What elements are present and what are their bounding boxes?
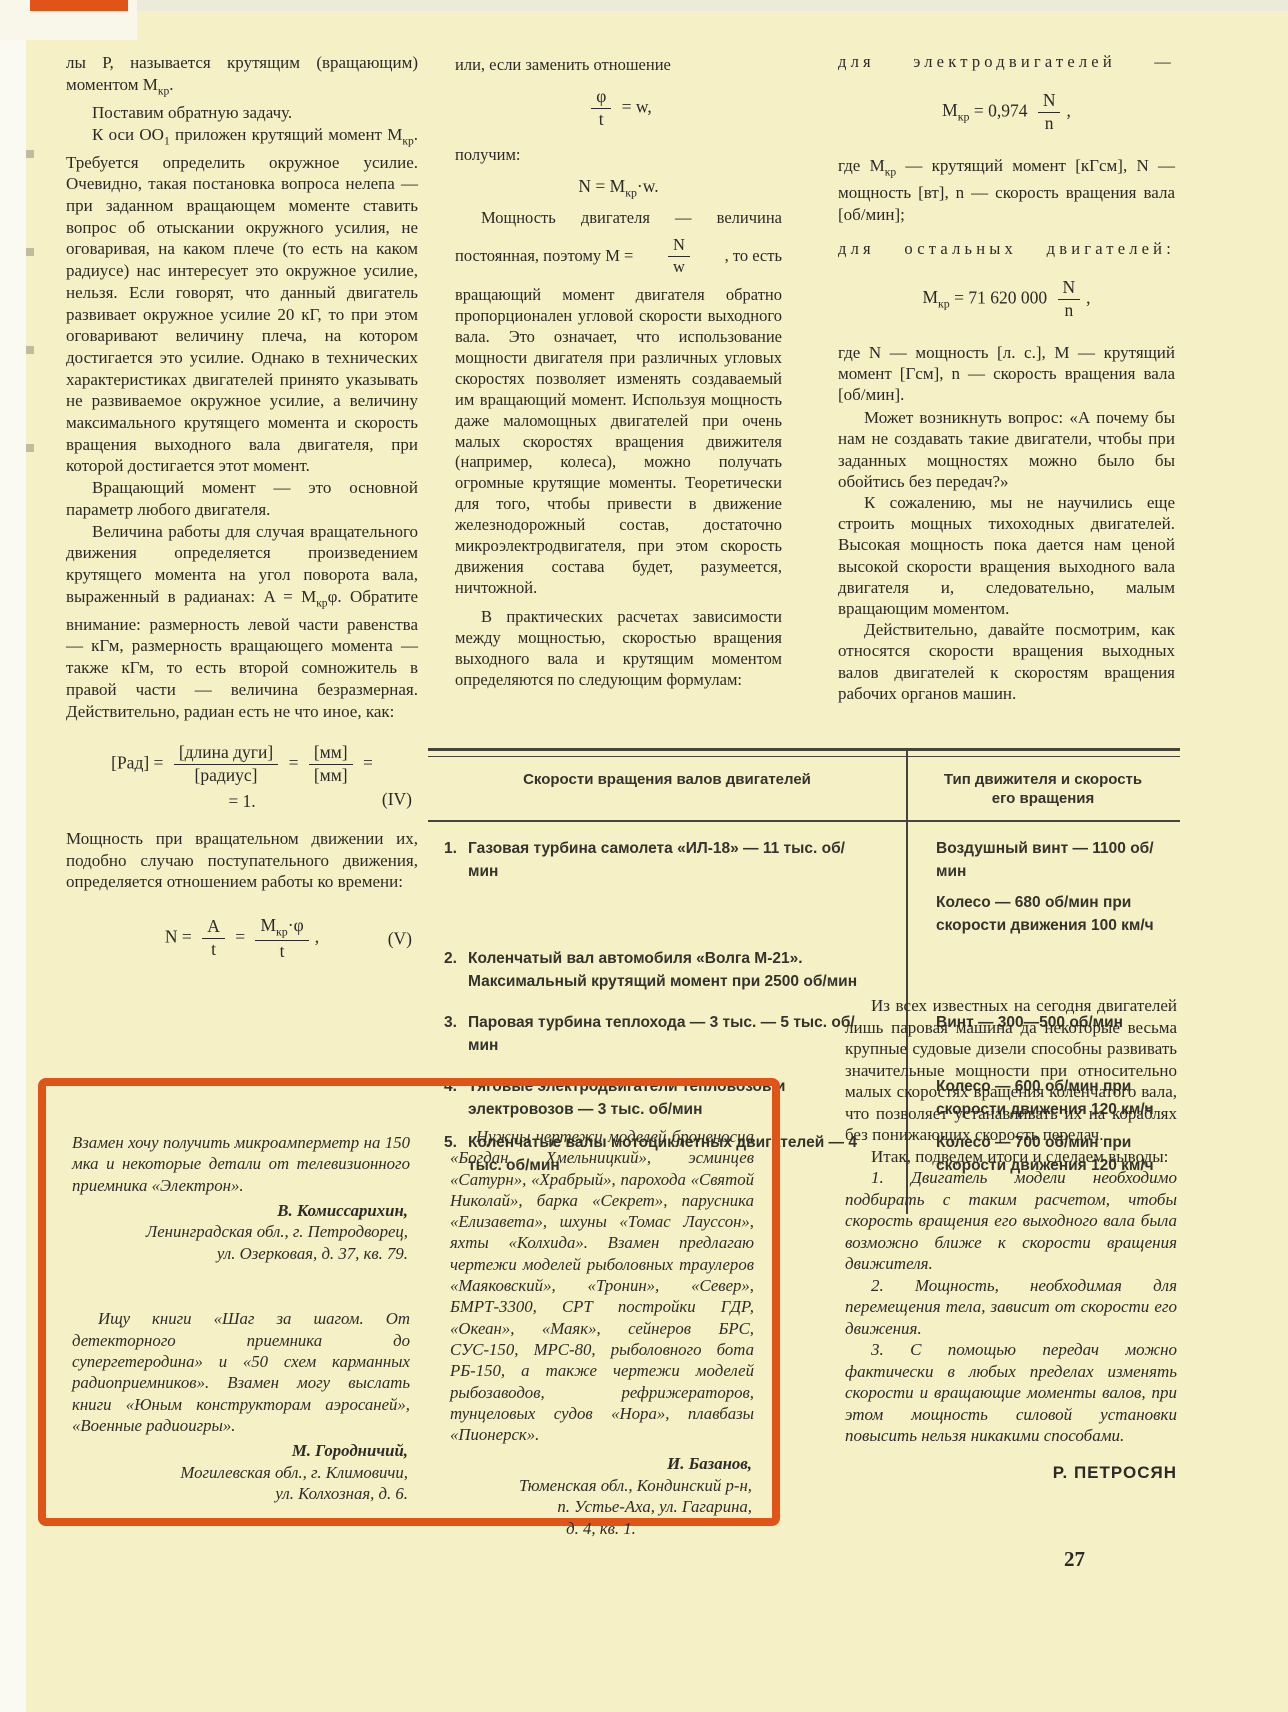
ad-signature-name: В. Комиссарихин, (72, 1200, 410, 1222)
ad-signature-name: М. Городничий, (72, 1440, 410, 1462)
text: . (169, 75, 173, 94)
formula-number: (V) (388, 928, 412, 949)
m-kr-symbol: Мкр (387, 125, 414, 144)
m-kr-symbol: Мкр (301, 587, 328, 606)
coefficient: = 71 620 000 (950, 287, 1047, 307)
ad-signature-address: ул. Озерковая, д. 37, кв. 79. (72, 1243, 410, 1265)
text: К оси ОО (92, 125, 164, 144)
text: лы Р, называется крутящим (вращающим) мо… (66, 53, 418, 94)
paragraph: Действительно, давайте посмотрим, как от… (838, 619, 1175, 704)
comma: , (1086, 287, 1090, 307)
orange-edge-bar (30, 0, 128, 11)
formula-result: = 1. (228, 791, 255, 811)
row-text: Коленчатый вал автомобиля «Волга М-21». … (468, 948, 866, 993)
fraction: Nn (1038, 90, 1061, 135)
formula-lhs: [Рад] = (111, 753, 163, 773)
table-cell-engine: 1.Газовая турбина самолета «ИЛ-18» — 11 … (428, 838, 906, 946)
scan-top-strip (0, 0, 1288, 11)
m-kr-symbol: Мкр (942, 100, 969, 120)
classified-ad: Ищу книги «Шаг за шагом. От детекторного… (72, 1308, 410, 1436)
table-row: 1.Газовая турбина самолета «ИЛ-18» — 11 … (428, 838, 1180, 946)
scan-left-margin (0, 0, 26, 1712)
row-number: 1. (444, 838, 468, 883)
left-column: лы Р, называется крутящим (вращающим) мо… (66, 52, 418, 976)
ad-signature-address: Ленинградская обл., г. Петродворец, (72, 1221, 410, 1243)
text: постоянная, поэтому M = (455, 246, 633, 266)
ad-signature-address: ул. Колхозная, д. 6. (72, 1483, 410, 1505)
inline-formula-line: постоянная, поэтому M = Nw , то есть (455, 235, 782, 277)
paragraph: получим: (455, 145, 782, 166)
m-kr-symbol: Мкр (870, 156, 897, 175)
table-cell-engine: 3.Паровая турбина теплохода — 3 тыс. — 5… (428, 1012, 906, 1066)
paragraph: Мощность при вращательном движении их, п… (66, 828, 418, 893)
middle-column: или, если заменить отношение φt = w, пол… (455, 55, 782, 690)
table-row: 2.Коленчатый вал автомобиля «Волга М-21»… (428, 948, 1180, 1002)
bottom-right-column: Из всех известных на сегодня двигателей … (845, 995, 1177, 1500)
comma: , (1066, 100, 1070, 120)
text: приложен крутящий момент (170, 125, 388, 144)
m-kr-symbol: Мкр (143, 75, 170, 94)
classifieds-left-column: Взамен хочу получить микроамперметр на 1… (72, 1132, 410, 1505)
row-number: 2. (444, 948, 468, 993)
fraction: φt (591, 86, 611, 131)
classified-ad: Нужны чертежи моделей броненосца «Богдан… (450, 1126, 754, 1445)
formula-lhs: N = (165, 927, 192, 947)
subheading-electric-motors: для электродвигателей — (838, 52, 1175, 72)
m-kr-symbol: Мкр (922, 287, 949, 307)
paragraph: В практических расчетах зависимости межд… (455, 607, 782, 691)
formula-rhs: = w, (622, 96, 652, 116)
text: где (838, 156, 870, 175)
text: , то есть (725, 246, 782, 266)
page-number: 27 (1064, 1547, 1085, 1572)
table-header-row: Скорости вращения валов двигателей Тип д… (428, 762, 1180, 822)
formula-lhs: N = (578, 176, 609, 196)
paragraph: Поставим обратную задачу. (66, 102, 418, 124)
right-column: для электродвигателей — Мкр = 0,974 Nn, … (838, 52, 1175, 704)
conclusion-item: 2. Мощность, необходимая для перемещения… (845, 1275, 1177, 1340)
table-header-right: Тип движителя и скорость его вращения (906, 770, 1180, 808)
fraction: [длина дуги][радиус] (174, 742, 278, 787)
paragraph: где N — мощность [л. с.], М — крутящий м… (838, 342, 1175, 406)
paragraph: Мощность двигателя — величина (455, 208, 782, 229)
propulsor-entry: Колесо — 680 об/мин при скорости движени… (936, 892, 1172, 937)
formula-mkr-other: Мкр = 71 620 000 Nn, (838, 277, 1175, 322)
equals-sign: = (363, 753, 373, 773)
formula-power: N = At = Мкр·φt, (V) (66, 915, 418, 962)
ad-signature-address: п. Устье-Аха, ул. Гагарина, (450, 1496, 754, 1518)
classified-ad: Взамен хочу получить микроамперметр на 1… (72, 1132, 410, 1196)
row-text: Паровая турбина теплохода — 3 тыс. — 5 т… (468, 1012, 866, 1057)
m-kr-symbol: Мкр (610, 176, 637, 196)
fraction: Nw (668, 235, 690, 277)
table-cell-propulsor (906, 948, 1180, 1002)
subheading-other-motors: для остальных двигателей: (838, 239, 1175, 259)
fraction: Nn (1058, 277, 1081, 322)
fraction: At (202, 916, 225, 961)
formula-line: [Рад] = [длина дуги][радиус] = [мм][мм] … (66, 742, 418, 787)
formula-number: (IV) (382, 789, 412, 810)
formula-omega: φt = w, (455, 86, 782, 131)
paragraph: Итак, подведем итоги и сделаем выводы: (845, 1146, 1177, 1168)
classifieds-middle-column: Нужны чертежи моделей броненосца «Богдан… (450, 1126, 754, 1539)
propulsor-entry: Воздушный винт — 1100 об/мин (936, 838, 1172, 883)
paragraph: Вращающий момент — это основной параметр… (66, 477, 418, 520)
paragraph: где Мкр — крутящий момент [кГсм], N — мо… (838, 155, 1175, 225)
fraction: Мкр·φt (255, 915, 308, 962)
paragraph-continuation: лы Р, называется крутящим (вращающим) мо… (66, 52, 418, 102)
formula-line: = 1. (IV) (66, 791, 418, 812)
coefficient: = 0,974 (969, 100, 1027, 120)
ad-signature-address: Могилевская обл., г. Климовичи, (72, 1462, 410, 1484)
formula-rhs: ·w. (637, 176, 659, 196)
ad-signature-address: д. 4, кв. 1. (450, 1518, 754, 1540)
row-text: Газовая турбина самолета «ИЛ-18» — 11 ты… (468, 838, 866, 883)
text: . Требуется определить окружное усилие. … (66, 125, 418, 476)
classifieds-box: Взамен хочу получить микроамперметр на 1… (38, 1078, 780, 1526)
paragraph: К оси ОО1 приложен крутящий момент Мкр. … (66, 124, 418, 478)
paragraph: К сожалению, мы не научились еще строить… (838, 492, 1175, 619)
scan-edge-marks (26, 60, 34, 480)
table-header-left: Скорости вращения валов двигателей (428, 770, 906, 808)
formula-n-mw: N = Мкр·w. (455, 176, 782, 201)
text: φ. Обратите внимание: размерность левой … (66, 587, 418, 721)
paragraph: Может возникнуть вопрос: «А почему бы на… (838, 407, 1175, 492)
paragraph: вращающий момент двигателя обратно пропо… (455, 285, 782, 599)
equals-sign: = (235, 927, 245, 947)
comma: , (315, 927, 319, 947)
table-cell-propulsor: Воздушный винт — 1100 об/мин Колесо — 68… (906, 838, 1180, 946)
table-cell-engine: 2.Коленчатый вал автомобиля «Волга М-21»… (428, 948, 906, 1002)
equals-sign: = (289, 753, 299, 773)
formula-radian: [Рад] = [длина дуги][радиус] = [мм][мм] … (66, 742, 418, 812)
row-number: 3. (444, 1012, 468, 1057)
fraction: [мм][мм] (309, 742, 353, 787)
ad-signature-name: И. Базанов, (450, 1453, 754, 1475)
author-signature: Р. ПЕТРОСЯН (845, 1463, 1177, 1483)
paragraph: или, если заменить отношение (455, 55, 782, 76)
conclusion-item: 1. Двигатель модели необходимо подбирать… (845, 1167, 1177, 1275)
paragraph: Из всех известных на сегодня двигателей … (845, 995, 1177, 1146)
paragraph: Величина работы для случая вращательного… (66, 521, 418, 723)
m-kr-phi: Мкр·φ (255, 915, 308, 940)
conclusion-item: 3. С помощью передач можно фактически в … (845, 1339, 1177, 1447)
spacer (72, 1264, 410, 1308)
formula-mkr-electric: Мкр = 0,974 Nn, (838, 90, 1175, 135)
ad-signature-address: Тюменская обл., Кондинский р-н, (450, 1475, 754, 1497)
